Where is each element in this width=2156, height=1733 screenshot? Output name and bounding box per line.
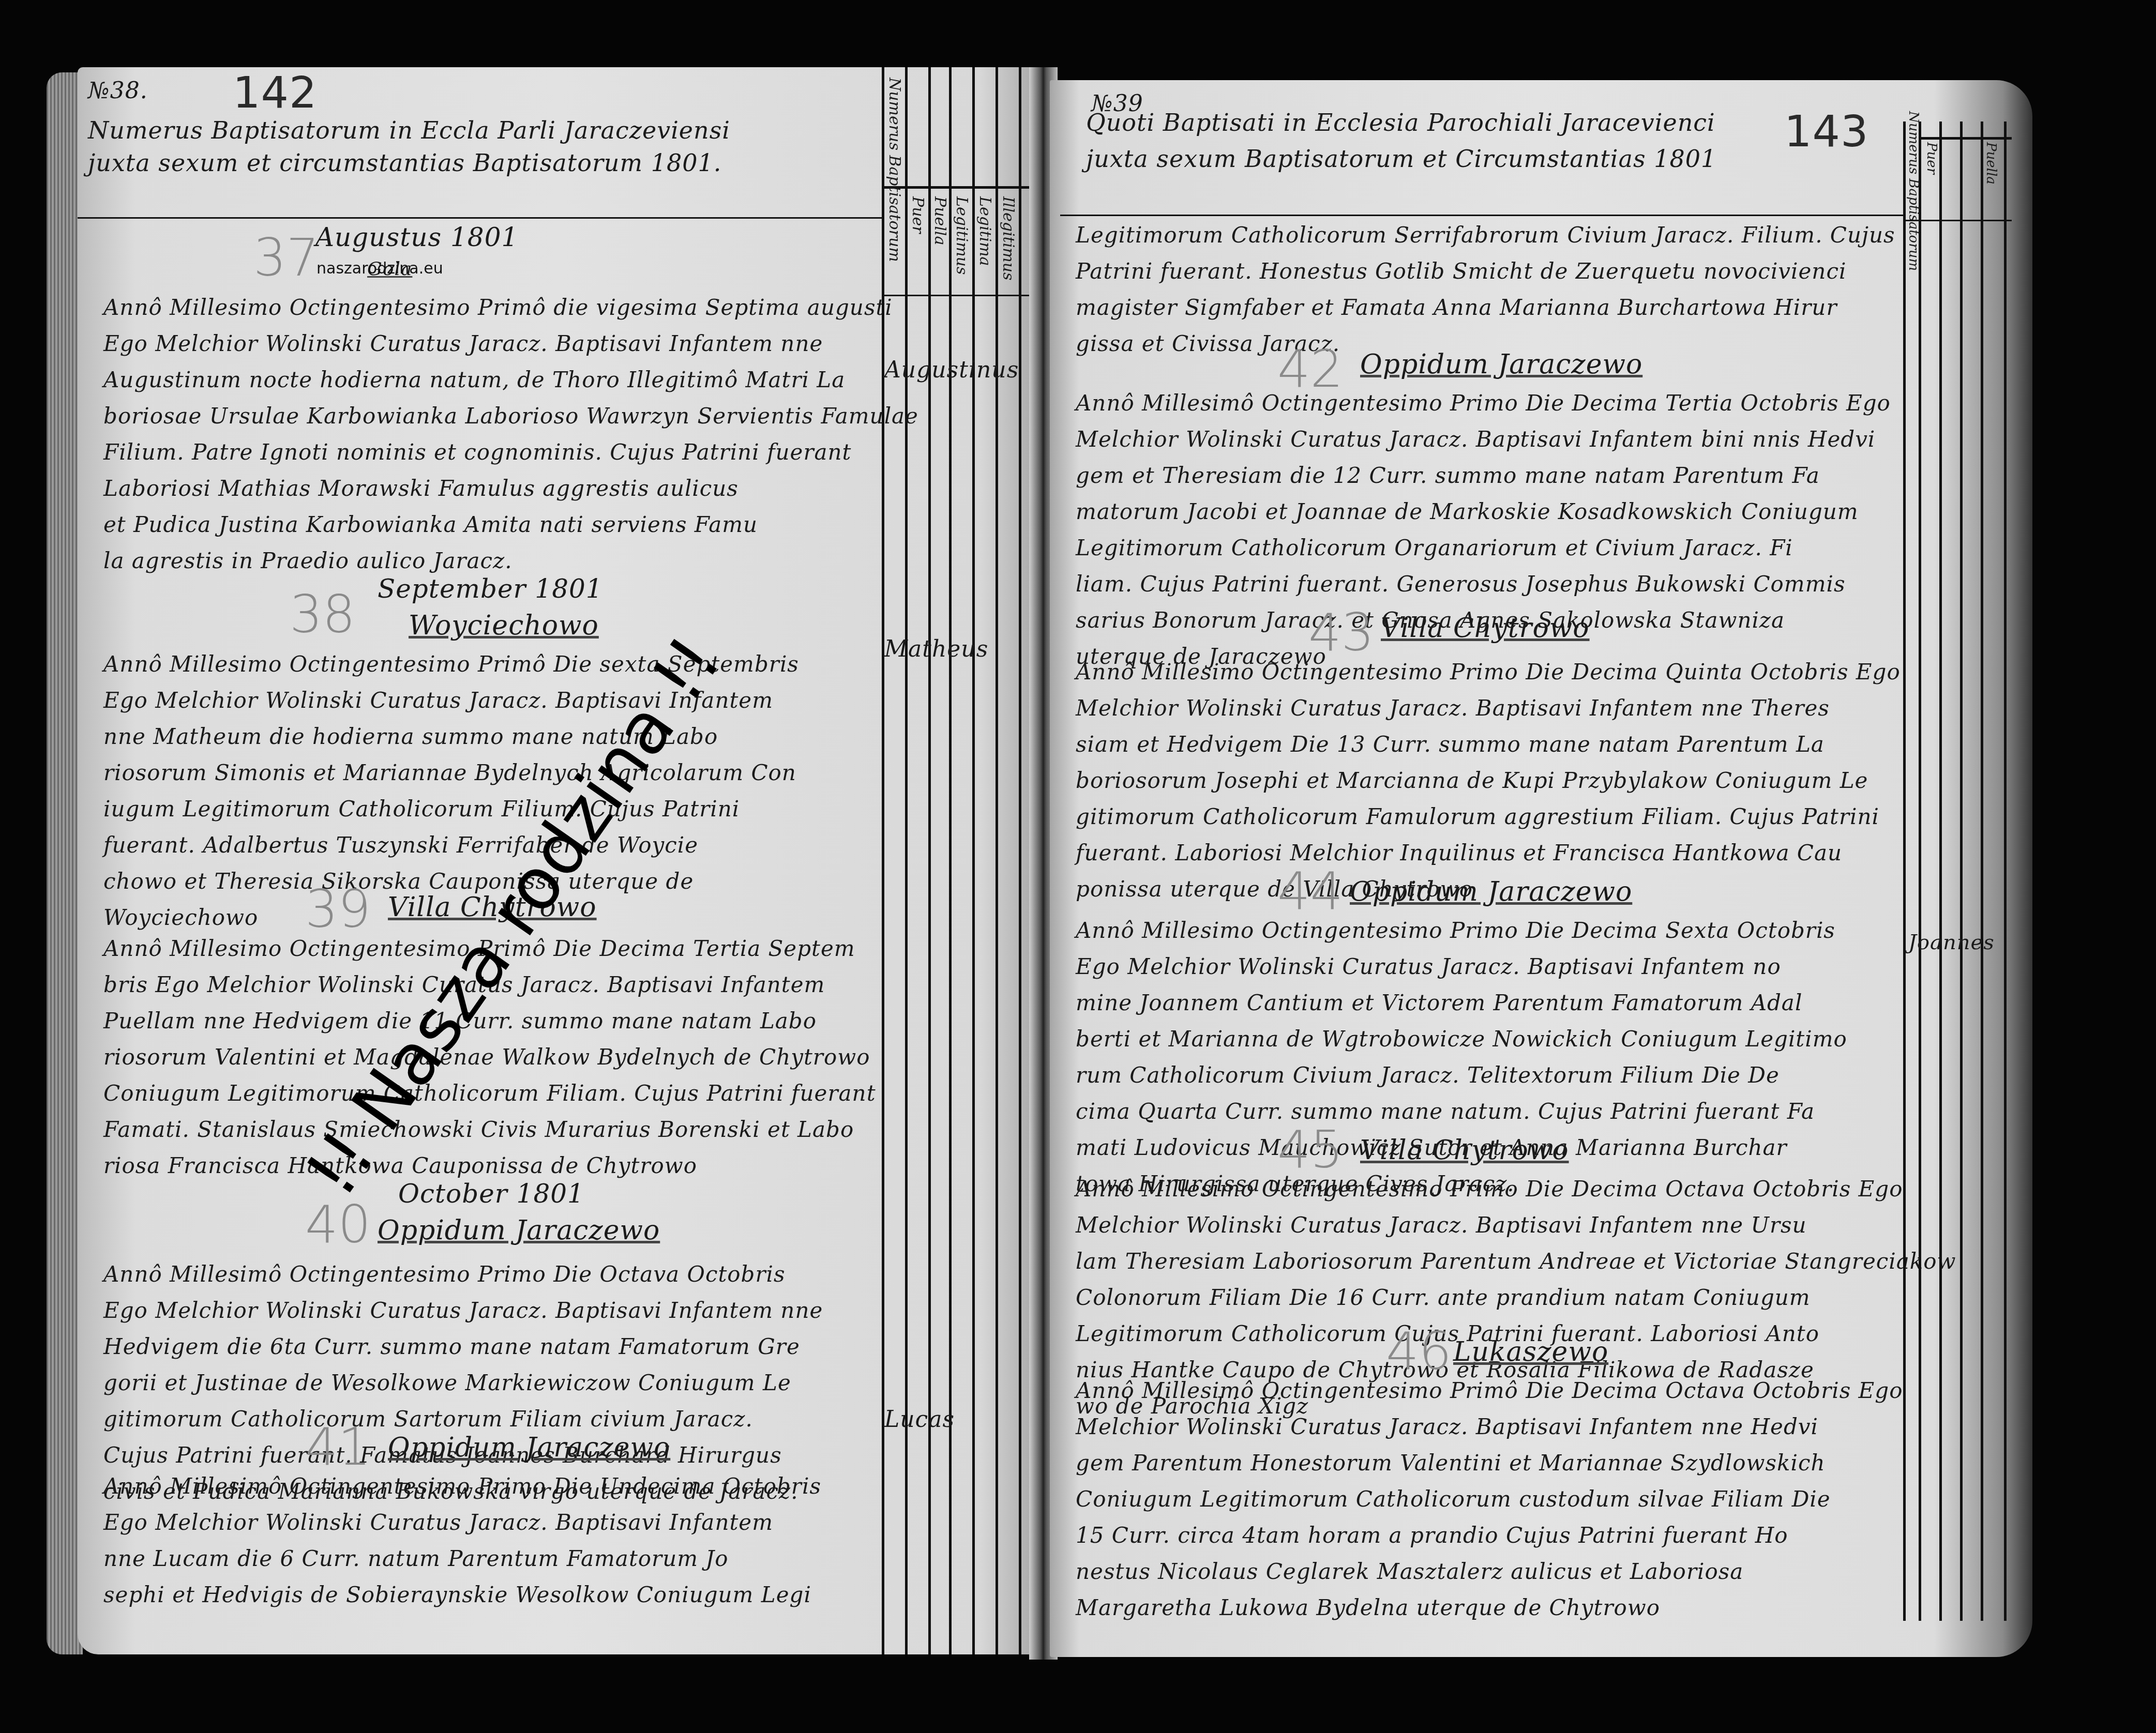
column-rule xyxy=(1981,121,1983,1621)
text-line: Annô Millesimo Octingentesimo Primo Die … xyxy=(1076,913,1847,949)
text-line: Hedvigem die 6ta Curr. summo mane natam … xyxy=(103,1329,823,1365)
column-header-puella: Puella xyxy=(931,196,949,245)
text-line: gem Parentum Honestorum Valentini et Mar… xyxy=(1076,1445,1903,1481)
entry-number-37: 37 xyxy=(253,227,319,288)
column-header-rule xyxy=(1919,137,2012,140)
text-line: sephi et Hedvigis de Sobieraynskie Wesol… xyxy=(103,1577,821,1613)
text-line: et Pudica Justina Karbowianka Amita nati… xyxy=(103,507,918,543)
text-line: Augustinum nocte hodierna natum, de Thor… xyxy=(103,362,918,398)
text-line: Ego Melchior Wolinski Curatus Jaracz. Ba… xyxy=(103,1504,821,1541)
text-line: nne Lucam die 6 Curr. natum Parentum Fam… xyxy=(103,1541,821,1577)
margin-name-matheus: Matheus xyxy=(884,636,988,662)
column-header-puer: Puer xyxy=(909,196,927,234)
text-line: matorum Jacobi et Joannae de Markoskie K… xyxy=(1076,494,1891,530)
column-rule xyxy=(972,67,975,1654)
text-line: fuerant. Adalbertus Tuszynski Ferrifaber… xyxy=(103,827,799,863)
text-line: Famati. Stanislaus Smiechowski Civis Mur… xyxy=(103,1112,876,1148)
left-header-rule xyxy=(78,217,884,219)
column-header-puella: Puella xyxy=(1983,142,1999,185)
text-line: Annô Millesimô Octingentesimo Primô Die … xyxy=(1076,1373,1903,1409)
scan-background: №38. 142 Numerus Baptisatorum in Eccla P… xyxy=(0,0,2156,1733)
margin-name-augustinus: Augustinus xyxy=(884,357,1019,383)
text-line: mine Joannem Cantium et Victorem Parentu… xyxy=(1076,985,1847,1021)
text-line: Laboriosi Mathias Morawski Famulus aggre… xyxy=(103,470,918,507)
text-line: Patrini fuerant. Honestus Gotlib Smicht … xyxy=(1076,253,1895,290)
text-line: Ego Melchior Wolinski Curatus Jaracz. Ba… xyxy=(103,1293,823,1329)
column-header-rule xyxy=(882,186,1032,189)
column-rule xyxy=(1919,121,1921,1621)
column-header-legitima: Legitima xyxy=(976,196,994,266)
text-line: Ego Melchior Wolinski Curatus Jaracz. Ba… xyxy=(103,326,918,362)
entry-41-text: Annô Millesimô Octingentesimo Primo Die … xyxy=(103,1468,821,1613)
column-header-rule xyxy=(882,295,1032,296)
text-line: Annô Millesimo Octingentesimo Primo Die … xyxy=(1076,1171,1956,1207)
text-line: riosorum Valentini et Magdalenae Walkow … xyxy=(103,1039,876,1075)
text-line: Ego Melchior Wolinski Curatus Jaracz. Ba… xyxy=(1076,949,1847,985)
text-line: Coniugum Legitimorum Catholicorum Filiam… xyxy=(103,1075,876,1112)
left-header-line1: Numerus Baptisatorum in Eccla Parli Jara… xyxy=(88,116,730,144)
text-line: Annô Millesimô Octingentesimo Primo Die … xyxy=(103,1468,821,1504)
text-line: Legitimorum Catholicorum Organariorum et… xyxy=(1076,530,1891,566)
entry-place-40: Oppidum Jaraczewo xyxy=(378,1215,660,1246)
site-watermark-tag: naszarodzina.eu xyxy=(316,260,443,278)
column-rule xyxy=(1019,67,1021,1654)
text-line: gorii et Justinae de Wesolkowe Markiewic… xyxy=(103,1365,823,1401)
text-line: nestus Nicolaus Ceglarek Masztalerz auli… xyxy=(1076,1554,1903,1590)
margin-name-joannes: Joannes xyxy=(1908,931,1995,954)
entry-place-46: Lukaszewo xyxy=(1453,1336,1608,1367)
text-line: Annô Millesimô Octingentesimo Primo Die … xyxy=(1076,385,1891,421)
text-line: boriosorum Josephi et Marcianna de Kupi … xyxy=(1076,763,1901,799)
entry-37-text: Annô Millesimo Octingentesimo Primô die … xyxy=(103,290,918,579)
column-rule xyxy=(1903,121,1906,1621)
text-line: cima Quarta Curr. summo mane natum. Cuju… xyxy=(1076,1093,1847,1130)
text-line: liam. Cujus Patrini fuerant. Generosus J… xyxy=(1076,566,1891,602)
text-line: Annô Millesimô Octingentesimo Primo Die … xyxy=(103,1256,823,1293)
text-line: fuerant. Laboriosi Melchior Inquilinus e… xyxy=(1076,835,1901,871)
text-line: lam Theresiam Laboriosorum Parentum Andr… xyxy=(1076,1243,1956,1280)
text-line: riosorum Simonis et Mariannae Bydelnych … xyxy=(103,755,799,791)
entry-place-42: Oppidum Jaraczewo xyxy=(1360,349,1642,380)
text-line: Colonorum Filiam Die 16 Curr. ante prand… xyxy=(1076,1280,1956,1316)
right-header-line2: juxta sexum Baptisatorum et Circumstanti… xyxy=(1086,145,1716,173)
text-line: 15 Curr. circa 4tam horam a prandio Cuju… xyxy=(1076,1517,1903,1554)
text-line: Melchior Wolinski Curatus Jaracz. Baptis… xyxy=(1076,421,1891,458)
text-line: gem et Theresiam die 12 Curr. summo mane… xyxy=(1076,458,1891,494)
month-header-august: Augustus 1801 xyxy=(315,222,518,252)
text-line: rum Catholicorum Civium Jaracz. Telitext… xyxy=(1076,1057,1847,1093)
column-rule xyxy=(996,67,998,1654)
column-rule xyxy=(1960,121,1963,1621)
entry-place-44: Oppidum Jaraczewo xyxy=(1350,876,1632,907)
continuation-text: Legitimorum Catholicorum Serrifabrorum C… xyxy=(1076,217,1895,362)
text-line: Annô Millesimo Octingentesimo Primô die … xyxy=(103,290,918,326)
text-line: Margaretha Lukowa Bydelna uterque de Chy… xyxy=(1076,1590,1903,1626)
column-header-legitimus: Legitimus xyxy=(953,196,971,275)
column-rule xyxy=(1939,121,1942,1621)
text-line: Coniugum Legitimorum Catholicorum custod… xyxy=(1076,1481,1903,1517)
column-header-numerus: Numerus Baptisatorum xyxy=(1906,111,1921,271)
margin-name-lucas: Lucas xyxy=(884,1406,955,1433)
text-line: boriosae Ursulae Karbowianka Laborioso W… xyxy=(103,398,918,434)
text-line: magister Sigmfaber et Famata Anna Marian… xyxy=(1076,290,1895,326)
entry-number-38: 38 xyxy=(290,584,355,645)
text-line: Melchior Wolinski Curatus Jaracz. Baptis… xyxy=(1076,1409,1903,1445)
left-header-line2: juxta sexum et circumstantias Baptisator… xyxy=(88,149,721,177)
left-folio-number: №38. xyxy=(88,78,148,104)
entry-43-text: Annô Millesimo Octingentesimo Primo Die … xyxy=(1076,654,1901,907)
column-rule xyxy=(2004,121,2007,1621)
text-line: Melchior Wolinski Curatus Jaracz. Baptis… xyxy=(1076,1207,1956,1243)
text-line: Annô Millesimo Octingentesimo Primo Die … xyxy=(1076,654,1901,690)
month-header-september: September 1801 xyxy=(378,574,603,604)
right-header-line1: Quoti Baptisati in Ecclesia Parochiali J… xyxy=(1086,109,1715,136)
entry-place-38: Woyciechowo xyxy=(409,610,599,641)
right-page-number: 143 xyxy=(1784,106,1868,157)
text-line: siam et Hedvigem Die 13 Curr. summo mane… xyxy=(1076,726,1901,763)
column-header-numerus: Numerus Baptisatorum xyxy=(885,78,903,284)
entry-46-text: Annô Millesimô Octingentesimo Primô Die … xyxy=(1076,1373,1903,1626)
text-line: Filium. Patre Ignoti nominis et cognomin… xyxy=(103,434,918,470)
text-line: Melchior Wolinski Curatus Jaracz. Baptis… xyxy=(1076,690,1901,726)
column-header-illegitimus: Illegitimus xyxy=(999,196,1017,280)
left-page-number: 142 xyxy=(233,67,317,118)
text-line: iugum Legitimorum Catholicorum Filium. C… xyxy=(103,791,799,827)
column-header-puer: Puer xyxy=(1924,142,1939,174)
text-line: gitimorum Catholicorum Famulorum aggrest… xyxy=(1076,799,1901,835)
entry-place-41: Oppidum Jaraczewo xyxy=(388,1432,670,1463)
right-header-rule xyxy=(1060,215,1903,216)
entry-place-43: Villa Chytrowo xyxy=(1381,613,1590,644)
entry-place-45: Villa Chytrowo xyxy=(1360,1135,1569,1166)
text-line: Legitimorum Catholicorum Serrifabrorum C… xyxy=(1076,217,1895,253)
month-header-october: October 1801 xyxy=(398,1179,584,1209)
right-page: №39 143 Quoti Baptisati in Ecclesia Paro… xyxy=(1050,80,2032,1657)
text-line: berti et Marianna de Wgtrobowicze Nowick… xyxy=(1076,1021,1847,1057)
